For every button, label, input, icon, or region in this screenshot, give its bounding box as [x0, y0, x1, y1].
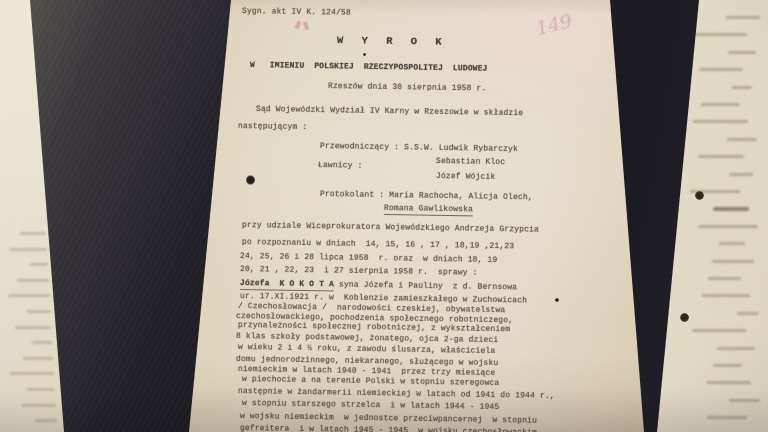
defendant-description-line: niemieckim w latach 1940 - 1941 przez tr…: [238, 365, 496, 378]
lay-judge-name: Sebastian Kloc: [436, 157, 505, 167]
faint-text-line: [737, 312, 759, 315]
ink-dot: [680, 313, 689, 322]
court-composition-line: następującym :: [238, 122, 307, 132]
faint-text-line: [702, 294, 750, 297]
faint-text-line: [695, 33, 747, 36]
defendant-description-line: domu jednorodzinnego, niekaranego, służą…: [236, 355, 499, 368]
lay-judges-label: Ławnicy :: [318, 161, 363, 171]
faint-text-line: [712, 260, 754, 263]
photograph-of-court-verdict: Sygn. akt IV K. 124/58 W Y R O K W IMIEN…: [0, 0, 768, 432]
verdict-title: W Y R O K: [337, 37, 448, 48]
red-pencil-mark: [303, 22, 309, 31]
faint-text-line: [729, 173, 753, 176]
defendant-name-line: Józefa K O K O T A syna Józefa i Pauliny…: [240, 279, 517, 292]
defendant-description-line: w stopniu starszego strzelca i w latach …: [242, 399, 500, 412]
defendant-description-line: przynależności społecznej robotniczej, z…: [238, 321, 510, 334]
faint-text-line: [23, 357, 53, 360]
faint-text-line: [15, 326, 51, 329]
defendant-description-line: w piechocie a na terenie Polski w stopni…: [242, 375, 500, 388]
defendant-name-underlined: Józefa K O K O T A: [240, 279, 334, 291]
handwritten-page-number: 149: [534, 10, 575, 40]
faint-text-line: [693, 120, 748, 123]
ink-dot: [695, 191, 704, 200]
faint-text-line: [707, 416, 747, 419]
faint-text-line: [8, 294, 50, 297]
faint-text-line: [728, 51, 756, 54]
defendant-description-line: czechosłowackiego, pochodzenia społeczne…: [236, 312, 513, 325]
faint-text-line: [17, 279, 49, 282]
faint-text-line: [698, 155, 744, 158]
faint-text-line: [708, 277, 741, 280]
defendant-description-line: gefreitera i w latach 1945 - 1945 w wojs…: [240, 424, 537, 432]
prosecutor-line: przy udziale Wiceprokuratora Wojewódzkie…: [242, 221, 539, 235]
faint-text-line: [22, 404, 56, 407]
faint-text-line: [35, 419, 57, 422]
faint-text-line: [20, 232, 46, 235]
case-number: Sygn. akt IV K. 124/58: [242, 7, 351, 18]
faint-text-line: [713, 364, 742, 367]
dateline: Rzeszów dnia 30 sierpnia 1958 r.: [328, 82, 487, 93]
defendant-description-line: 8 klas szkoły podstawowej, żonatego, ojc…: [236, 332, 499, 345]
faint-text-line: [701, 103, 739, 106]
clerk-line: Romana Gawlikowska: [384, 204, 473, 214]
defendant-name-rest: syna Józefa i Pauliny z d. Bernsowa: [334, 280, 517, 292]
faint-text-line: [706, 381, 751, 384]
faint-text-line: [732, 86, 752, 89]
hearing-dates-line: 20, 21 , 22, 23 i 27 sierpnia 1958 r. sp…: [240, 265, 478, 278]
in-the-name-line: W IMIENIU POLSKIEJ RZECZYPOSPOLITEJ LUDO…: [250, 61, 488, 74]
clerk-name-underlined: Romana Gawlikowska: [384, 204, 473, 216]
faint-text-line: [699, 68, 743, 71]
faint-text-line: [9, 248, 47, 251]
hearing-dates-line: po rozpoznaniu w dniach 14, 15, 16 , 17 …: [242, 238, 514, 251]
faint-text-line: [10, 372, 54, 375]
faint-text-line: [727, 138, 757, 141]
ink-speck: [555, 298, 559, 302]
defendant-description-line: w wojsku niemieckim w jednostce przeciwp…: [240, 412, 537, 426]
faint-text-line: [32, 341, 52, 344]
defendant-description-line: ur. 17.XI.1921 r. w Koblenzie zamieszkał…: [240, 292, 527, 306]
hearing-dates-line: 24, 25, 26 i 28 lipca 1958 r. oraz w dni…: [240, 252, 498, 265]
faint-text-line: [692, 329, 746, 332]
faint-text-line: [719, 242, 745, 245]
defendant-description-line: w wieku 2 i 4 ½ roku, z zawodu ślusarza,…: [238, 343, 496, 356]
faint-text-line: [729, 399, 760, 402]
defendant-description-line: / Czechosłowacja / narodowości czeskiej,…: [238, 302, 505, 315]
defendant-description-line: następnie w żandarmerii niemieckiej w la…: [238, 387, 555, 401]
ink-speck: [363, 53, 366, 56]
faint-text-line: [30, 263, 48, 266]
red-pencil-mark: [295, 21, 302, 30]
faint-text-line: [713, 207, 749, 211]
faint-text-line: [698, 225, 758, 228]
court-composition-line: Sąd Wojewódzki Wydział IV Karny w Rzeszo…: [256, 105, 523, 118]
lay-judge-name: Józef Wójcik: [436, 172, 496, 182]
faint-text-line: [717, 347, 755, 350]
presiding-judge-line: Przewodniczący : S.S.W. Ludwik Rybarczyk: [320, 142, 518, 154]
faint-text-line: [726, 16, 760, 19]
ink-blot: [246, 175, 255, 185]
clerk-line: Protokolant : Maria Rachocha, Alicja Ole…: [320, 190, 533, 202]
faint-text-line: [27, 388, 55, 391]
faint-text-line: [27, 310, 51, 313]
